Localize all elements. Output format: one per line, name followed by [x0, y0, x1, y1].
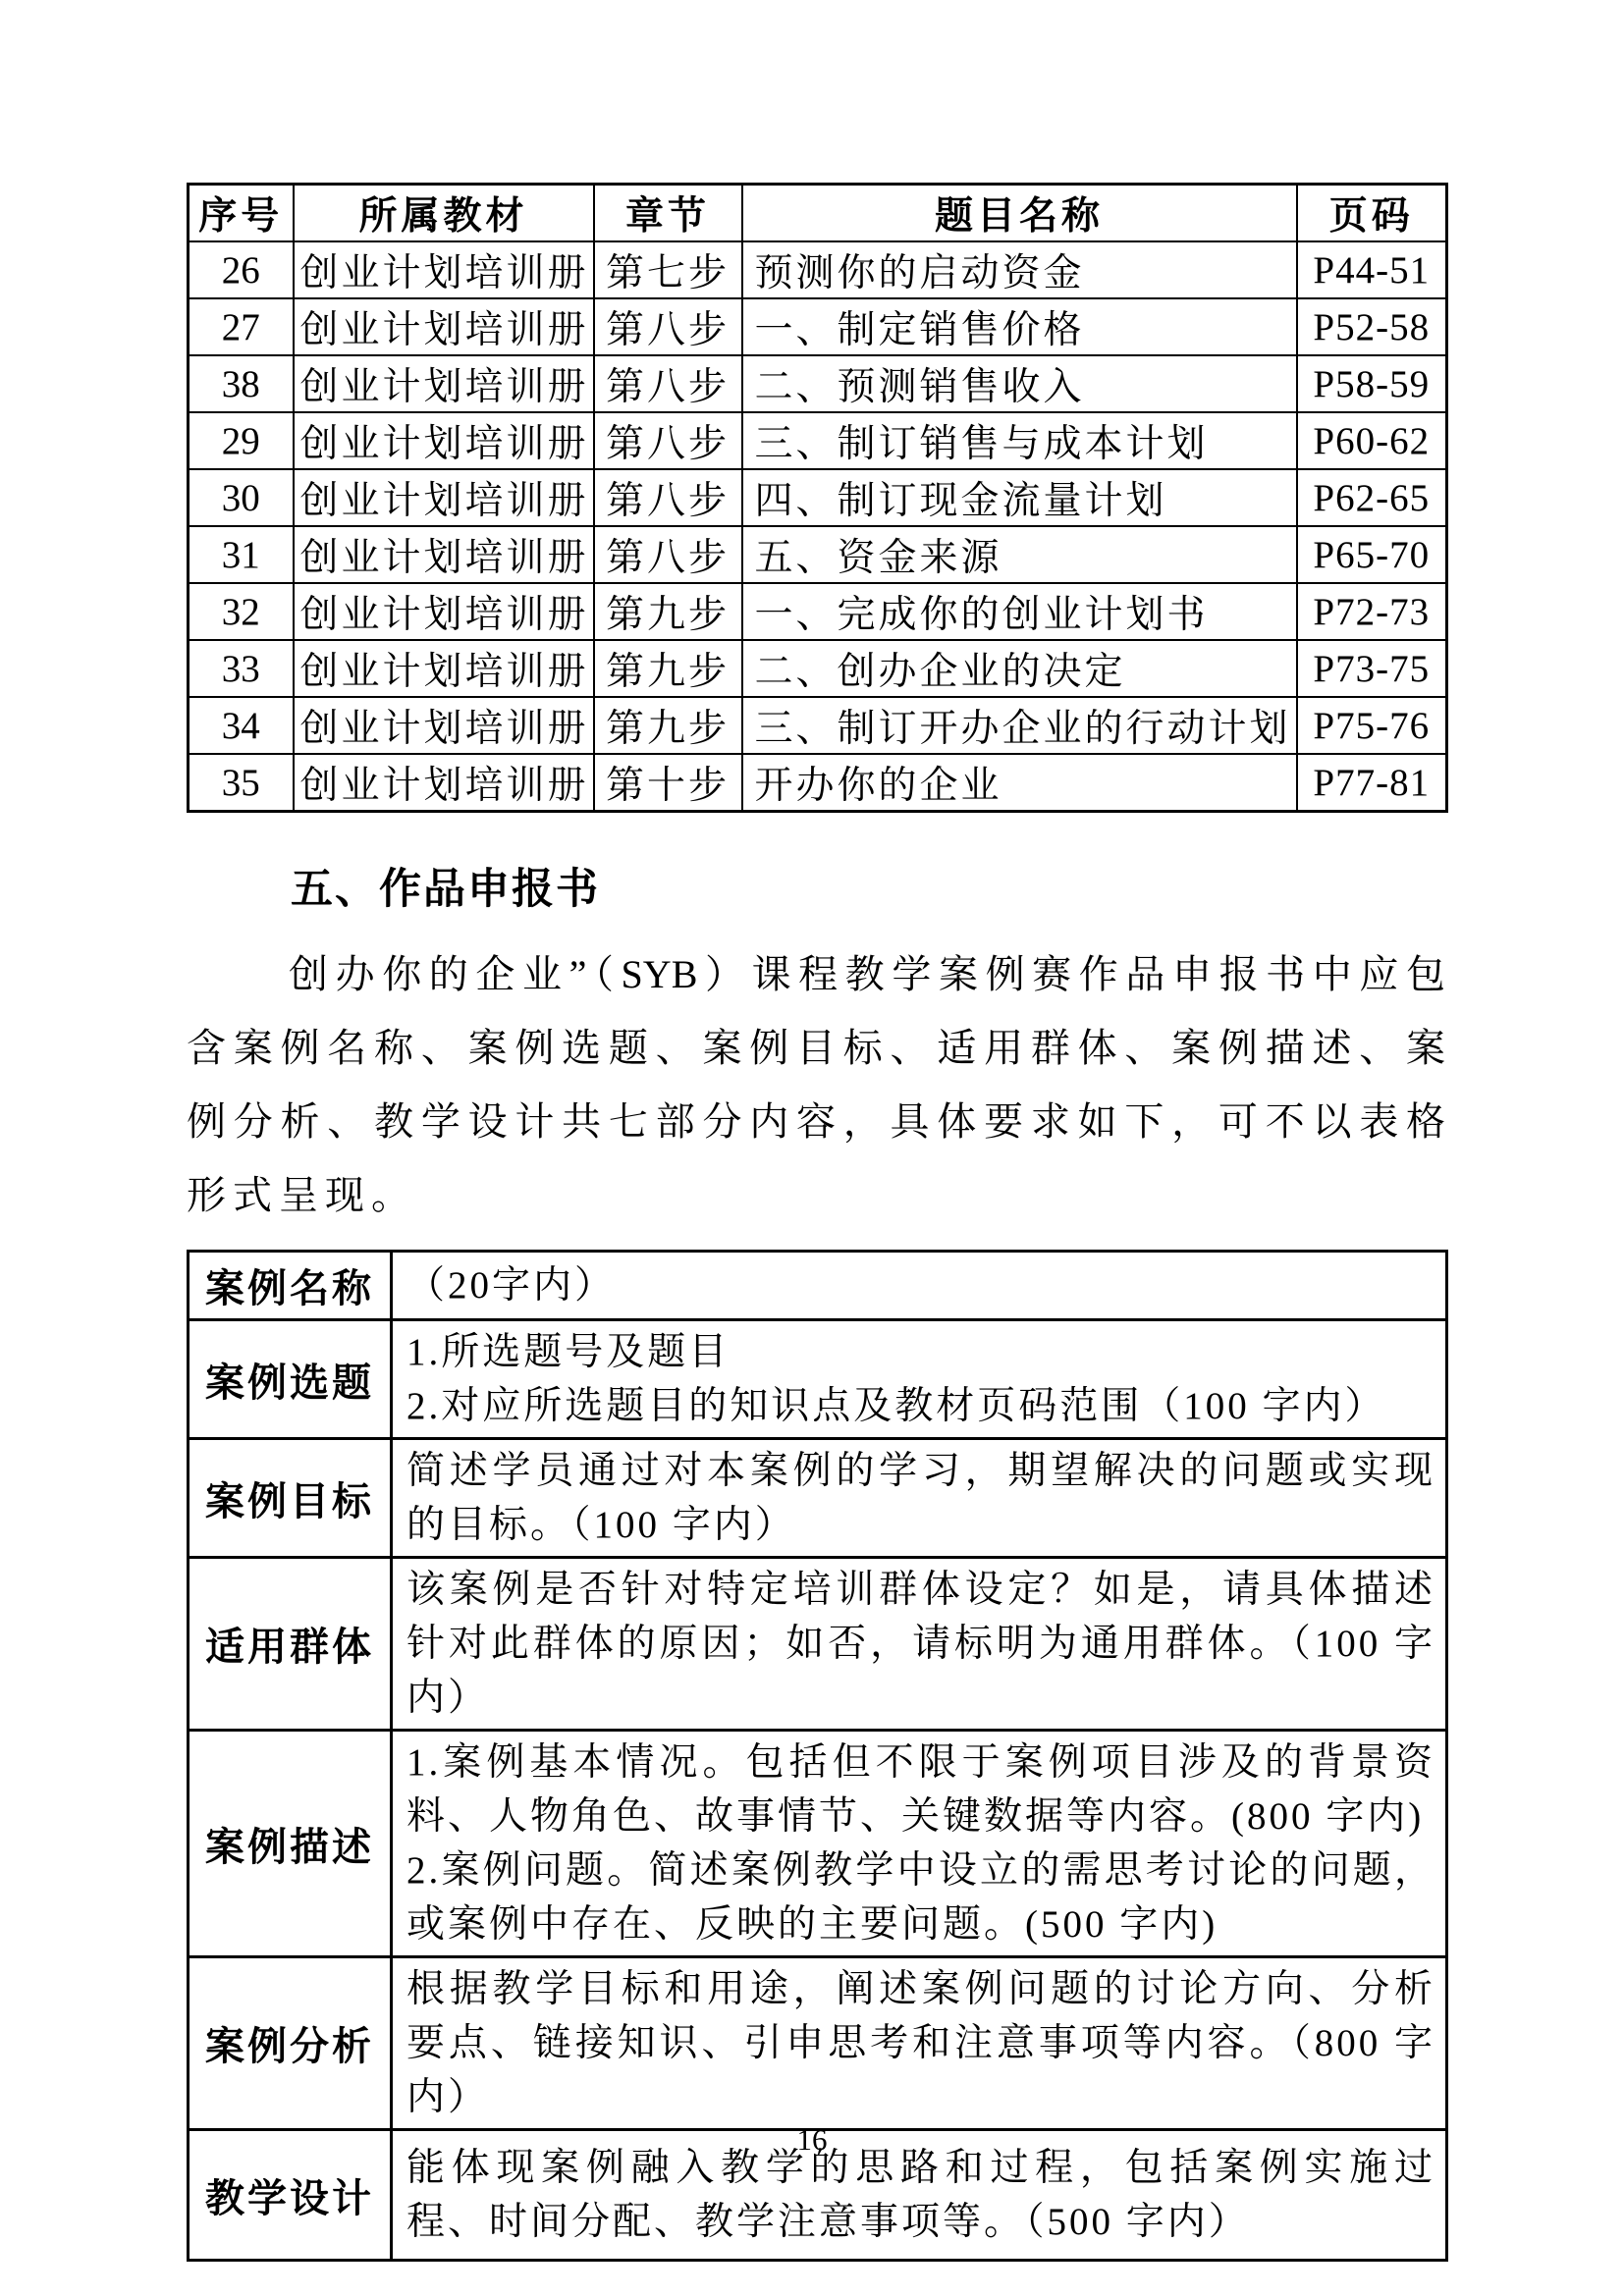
cell-page: P62-65 — [1297, 469, 1447, 526]
topic-row: 38 创业计划培训册 第八步 二、预测销售收入 P58-59 — [189, 355, 1447, 412]
cell-title: 二、创办企业的决定 — [742, 640, 1297, 697]
row-content: 1.所选题号及题目 2.对应所选题目的知识点及教材页码范围（100 字内） — [392, 1320, 1447, 1439]
page-number: 16 — [0, 2122, 1624, 2158]
topic-row: 26 创业计划培训册 第七步 预测你的启动资金 P44-51 — [189, 241, 1447, 298]
cell-seq: 29 — [189, 412, 294, 469]
cell-chapter: 第八步 — [594, 355, 742, 412]
form-row: 案例目标 简述学员通过对本案例的学习，期望解决的问题或实现的目标。（100 字内… — [189, 1439, 1447, 1558]
header-seq: 序号 — [189, 185, 294, 242]
cell-chapter: 第八步 — [594, 412, 742, 469]
cell-title: 一、制定销售价格 — [742, 298, 1297, 355]
cell-book: 创业计划培训册 — [294, 241, 594, 298]
cell-book: 创业计划培训册 — [294, 583, 594, 640]
cell-seq: 27 — [189, 298, 294, 355]
page-root: { "table1": { "headers": ["序号", "所属教材", … — [0, 0, 1624, 2296]
form-row: 案例描述 1.案例基本情况。包括但不限于案例项目涉及的背景资料、人物角色、故事情… — [189, 1731, 1447, 1957]
cell-chapter: 第十步 — [594, 754, 742, 812]
cell-book: 创业计划培训册 — [294, 355, 594, 412]
cell-seq: 30 — [189, 469, 294, 526]
topic-row: 32 创业计划培训册 第九步 一、完成你的创业计划书 P72-73 — [189, 583, 1447, 640]
cell-title: 四、制订现金流量计划 — [742, 469, 1297, 526]
cell-chapter: 第八步 — [594, 526, 742, 583]
cell-chapter: 第八步 — [594, 298, 742, 355]
row-content: （20字内） — [392, 1252, 1447, 1320]
topic-row: 27 创业计划培训册 第八步 一、制定销售价格 P52-58 — [189, 298, 1447, 355]
row-content: 1.案例基本情况。包括但不限于案例项目涉及的背景资料、人物角色、故事情节、关键数… — [392, 1731, 1447, 1957]
topic-row: 33 创业计划培训册 第九步 二、创办企业的决定 P73-75 — [189, 640, 1447, 697]
intro-line: 创办你的企业”（SYB）课程教学案例赛作品申报书中应包 — [187, 937, 1445, 1011]
header-chapter: 章节 — [594, 185, 742, 242]
form-row: 适用群体 该案例是否针对特定培训群体设定？如是，请具体描述针对此群体的原因；如否… — [189, 1558, 1447, 1731]
cell-chapter: 第八步 — [594, 469, 742, 526]
submission-form-table: 案例名称 （20字内） 案例选题 1.所选题号及题目 2.对应所选题目的知识点及… — [187, 1250, 1448, 2262]
cell-seq: 31 — [189, 526, 294, 583]
cell-title: 五、资金来源 — [742, 526, 1297, 583]
topics-table: 序号 所属教材 章节 题目名称 页码 26 创业计划培训册 第七步 预测你的启动… — [187, 183, 1448, 813]
topic-row: 34 创业计划培训册 第九步 三、制订开办企业的行动计划 P75-76 — [189, 697, 1447, 754]
row-label: 案例描述 — [189, 1731, 392, 1957]
row-label: 案例选题 — [189, 1320, 392, 1439]
row-label: 案例名称 — [189, 1252, 392, 1320]
form-row: 案例分析 根据教学目标和用途，阐述案例问题的讨论方向、分析要点、链接知识、引申思… — [189, 1957, 1447, 2130]
cell-book: 创业计划培训册 — [294, 640, 594, 697]
cell-chapter: 第七步 — [594, 241, 742, 298]
cell-title: 一、完成你的创业计划书 — [742, 583, 1297, 640]
topic-row: 35 创业计划培训册 第十步 开办你的企业 P77-81 — [189, 754, 1447, 812]
cell-title: 二、预测销售收入 — [742, 355, 1297, 412]
cell-seq: 33 — [189, 640, 294, 697]
form-row: 案例名称 （20字内） — [189, 1252, 1447, 1320]
intro-line: 含案例名称、案例选题、案例目标、适用群体、案例描述、案 — [187, 1011, 1445, 1085]
row-label: 适用群体 — [189, 1558, 392, 1731]
cell-page: P52-58 — [1297, 298, 1447, 355]
cell-book: 创业计划培训册 — [294, 526, 594, 583]
row-label: 案例目标 — [189, 1439, 392, 1558]
header-title: 题目名称 — [742, 185, 1297, 242]
section-title: 五、作品申报书 — [291, 856, 1445, 916]
cell-page: P58-59 — [1297, 355, 1447, 412]
row-content: 该案例是否针对特定培训群体设定？如是，请具体描述针对此群体的原因；如否，请标明为… — [392, 1558, 1447, 1731]
topic-row: 29 创业计划培训册 第八步 三、制订销售与成本计划 P60-62 — [189, 412, 1447, 469]
cell-seq: 26 — [189, 241, 294, 298]
intro-line: 例分析、教学设计共七部分内容，具体要求如下，可不以表格 — [187, 1085, 1445, 1158]
cell-page: P73-75 — [1297, 640, 1447, 697]
header-page: 页码 — [1297, 185, 1447, 242]
cell-page: P60-62 — [1297, 412, 1447, 469]
cell-title: 预测你的启动资金 — [742, 241, 1297, 298]
cell-seq: 32 — [189, 583, 294, 640]
topic-row: 31 创业计划培训册 第八步 五、资金来源 P65-70 — [189, 526, 1447, 583]
cell-book: 创业计划培训册 — [294, 469, 594, 526]
cell-chapter: 第九步 — [594, 640, 742, 697]
cell-seq: 38 — [189, 355, 294, 412]
cell-chapter: 第九步 — [594, 583, 742, 640]
cell-seq: 35 — [189, 754, 294, 812]
topics-header-row: 序号 所属教材 章节 题目名称 页码 — [189, 185, 1447, 242]
row-label: 案例分析 — [189, 1957, 392, 2130]
cell-page: P75-76 — [1297, 697, 1447, 754]
cell-page: P65-70 — [1297, 526, 1447, 583]
intro-line: 形式呈现。 — [187, 1158, 1445, 1232]
cell-book: 创业计划培训册 — [294, 412, 594, 469]
row-content: 简述学员通过对本案例的学习，期望解决的问题或实现的目标。（100 字内） — [392, 1439, 1447, 1558]
cell-seq: 34 — [189, 697, 294, 754]
cell-book: 创业计划培训册 — [294, 298, 594, 355]
cell-page: P44-51 — [1297, 241, 1447, 298]
cell-page: P77-81 — [1297, 754, 1447, 812]
document-content: 序号 所属教材 章节 题目名称 页码 26 创业计划培训册 第七步 预测你的启动… — [187, 183, 1445, 2262]
cell-title: 开办你的企业 — [742, 754, 1297, 812]
cell-chapter: 第九步 — [594, 697, 742, 754]
form-row: 案例选题 1.所选题号及题目 2.对应所选题目的知识点及教材页码范围（100 字… — [189, 1320, 1447, 1439]
cell-title: 三、制订开办企业的行动计划 — [742, 697, 1297, 754]
header-book: 所属教材 — [294, 185, 594, 242]
cell-page: P72-73 — [1297, 583, 1447, 640]
row-content: 根据教学目标和用途，阐述案例问题的讨论方向、分析要点、链接知识、引申思考和注意事… — [392, 1957, 1447, 2130]
cell-book: 创业计划培训册 — [294, 754, 594, 812]
topic-row: 30 创业计划培训册 第八步 四、制订现金流量计划 P62-65 — [189, 469, 1447, 526]
cell-title: 三、制订销售与成本计划 — [742, 412, 1297, 469]
cell-book: 创业计划培训册 — [294, 697, 594, 754]
intro-paragraph: 创办你的企业”（SYB）课程教学案例赛作品申报书中应包 含案例名称、案例选题、案… — [187, 937, 1445, 1232]
